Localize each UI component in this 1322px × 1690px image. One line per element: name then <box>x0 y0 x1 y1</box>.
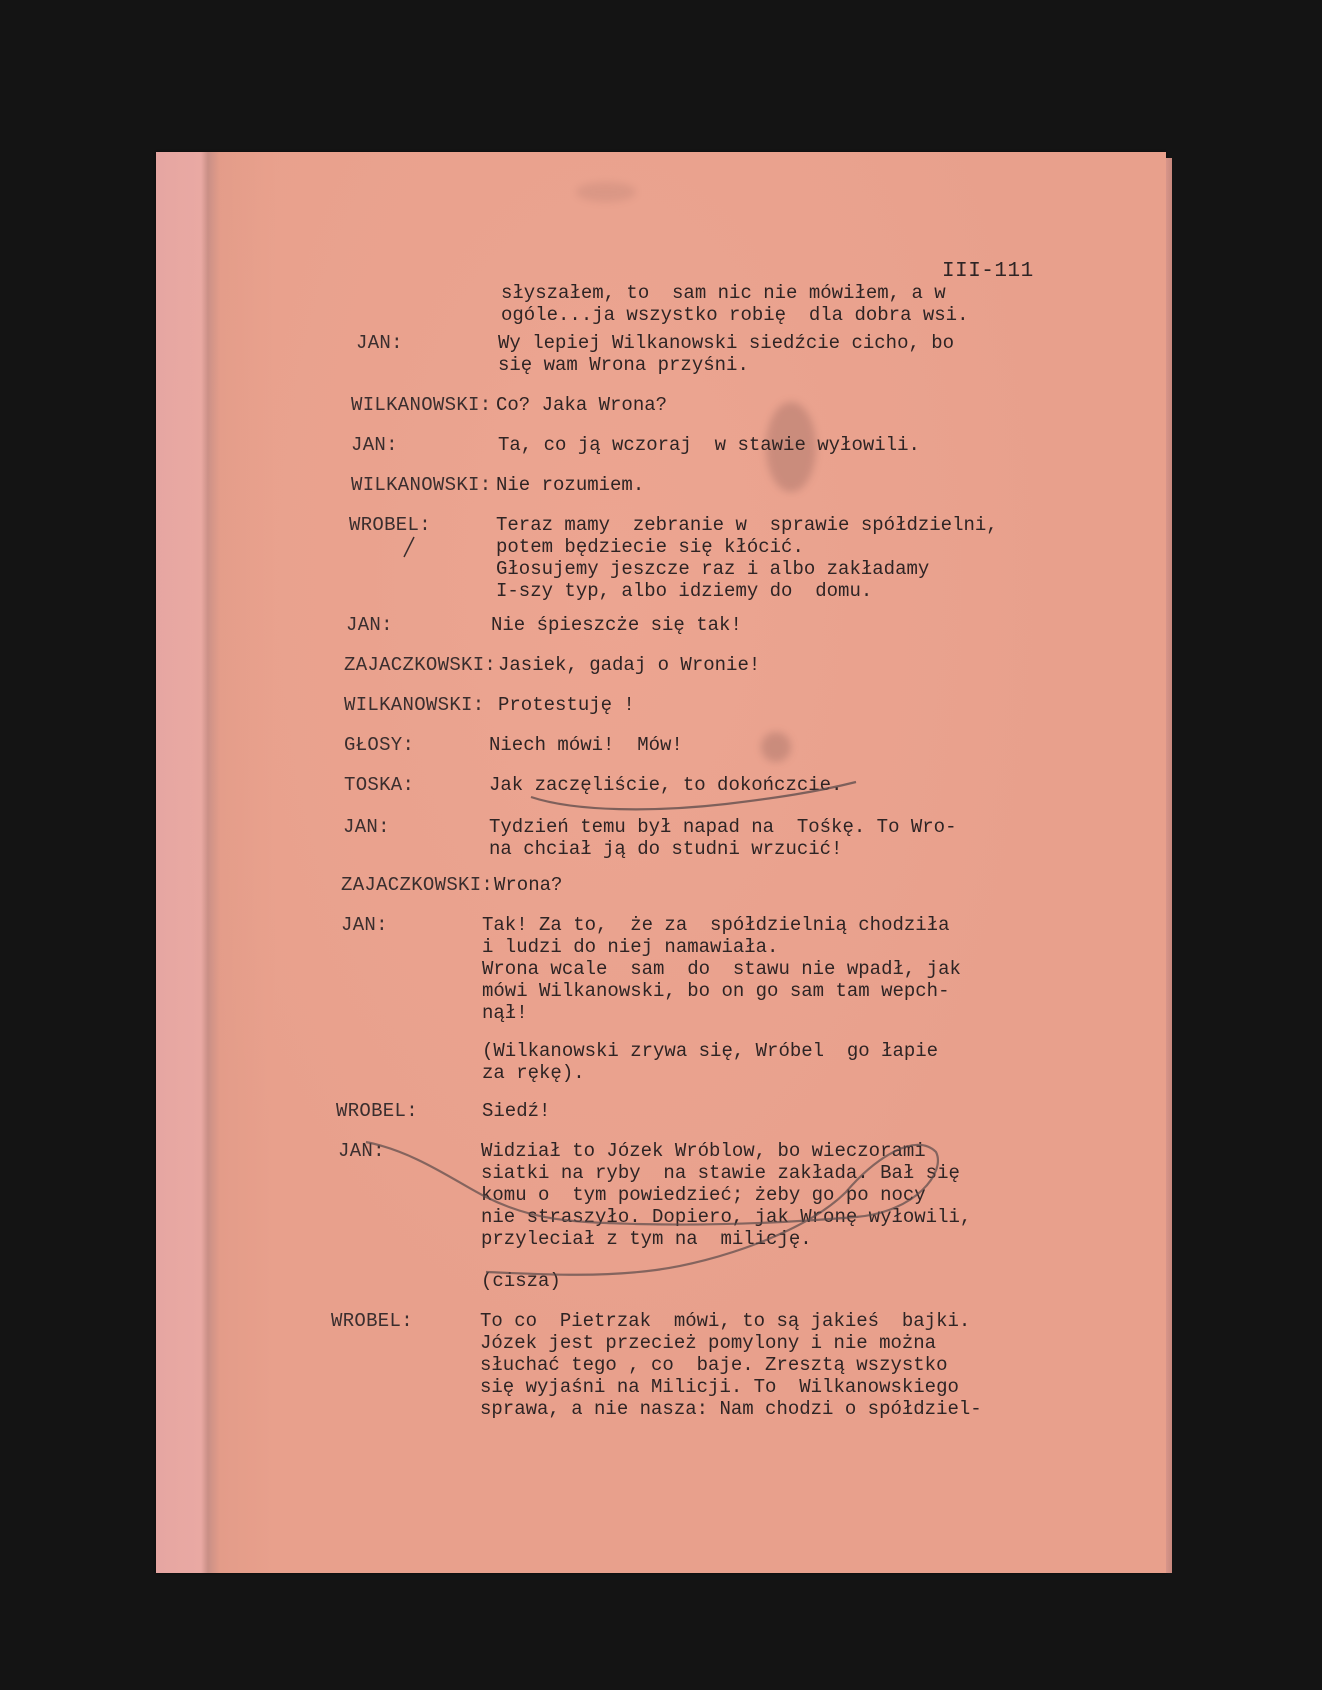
speaker-name: JAN: <box>338 1140 385 1162</box>
speaker-name: JAN: <box>351 434 398 456</box>
speaker-name: JAN: <box>356 332 403 354</box>
speaker-name: ZAJACZKOWSKI: <box>341 874 493 896</box>
speaker-name: WROBEL: <box>336 1100 418 1122</box>
speech-text: Niech mówi! Mów! <box>489 734 683 756</box>
script-text: III-111 słyszałem, to sam nic nie mówiłe… <box>156 152 1166 1573</box>
speaker-name: WILKANOWSKI: <box>351 394 491 416</box>
page-number: III-111 <box>942 260 1034 283</box>
stage-direction: (cisza) <box>481 1270 561 1292</box>
speaker-name: ZAJACZKOWSKI: <box>344 654 496 676</box>
speaker-name: GŁOSY: <box>344 734 414 756</box>
speech-text: Nie rozumiem. <box>496 474 644 496</box>
speech-text: Jak zaczęliście, to dokończcie. <box>489 774 842 796</box>
speaker-name: WROBEL: <box>331 1310 413 1332</box>
speech-text: Wy lepiej Wilkanowski siedźcie cicho, bo… <box>498 332 954 376</box>
typewritten-page: III-111 słyszałem, to sam nic nie mówiłe… <box>156 152 1166 1573</box>
speech-text: To co Pietrzak mówi, to są jakieś bajki.… <box>480 1310 982 1420</box>
speech-text: Protestuję ! <box>498 694 635 716</box>
speech-text: Wrona? <box>494 874 562 896</box>
page-stack-edge <box>1166 158 1172 1573</box>
speaker-name: WILKANOWSKI: <box>344 694 484 716</box>
speaker-name: JAN: <box>341 914 388 936</box>
stage-direction: (Wilkanowski zrywa się, Wróbel go łapie … <box>482 1040 938 1084</box>
speech-text: Tydzień temu był napad na Tośkę. To Wro-… <box>489 816 956 860</box>
speech-text: Ta, co ją wczoraj w stawie wyłowili. <box>498 434 920 456</box>
stage-direction: słyszałem, to sam nic nie mówiłem, a w o… <box>501 282 968 326</box>
speech-text: Co? Jaka Wrona? <box>496 394 667 416</box>
speech-text: Tak! Za to, że za spółdzielnią chodziła … <box>482 914 961 1024</box>
speech-text: Jasiek, gadaj o Wronie! <box>498 654 760 676</box>
speech-text: Nie śpieszcże się tak! <box>491 614 742 636</box>
speaker-name: TOSKA: <box>344 774 414 796</box>
speaker-name: WROBEL: <box>349 514 431 536</box>
speaker-name: WILKANOWSKI: <box>351 474 491 496</box>
speaker-name: JAN: <box>346 614 393 636</box>
speech-text: Widział to Józek Wróblow, bo wieczorami … <box>481 1140 971 1250</box>
speech-text: Siedź! <box>482 1100 550 1122</box>
speech-text: Teraz mamy zebranie w sprawie spółdzieln… <box>496 514 998 602</box>
speaker-name: JAN: <box>343 816 390 838</box>
